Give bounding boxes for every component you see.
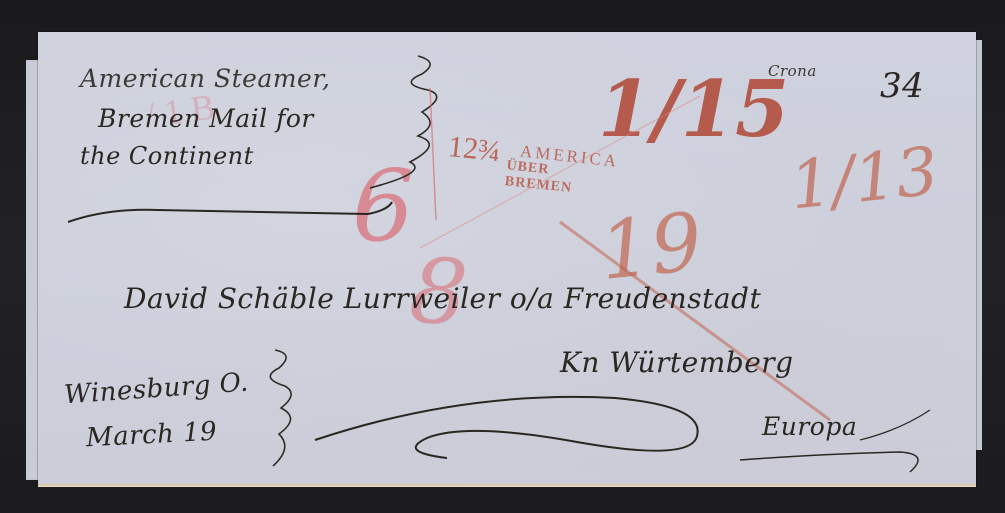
- addressee-line3: Europa: [762, 412, 857, 441]
- routing-endorsement-line1: American Steamer,: [80, 64, 330, 93]
- postmark-line-ueber-bremen: ÜBER BREMEN: [504, 158, 574, 197]
- manuscript-rate-right: 1/13: [786, 132, 941, 224]
- routing-endorsement-line2: Bremen Mail for: [98, 104, 314, 133]
- postmark-rate: 12¾: [446, 130, 502, 169]
- routing-endorsement-line3: the Continent: [80, 142, 254, 170]
- docket-number: 34: [880, 66, 924, 106]
- manuscript-pink-6: 6: [352, 150, 414, 264]
- addressee-line2: Kn Würtemberg: [560, 346, 794, 379]
- photo-scene: / 1 B American Steamer, Bremen Mail for …: [0, 0, 1005, 513]
- manuscript-rate-large: 1/15: [598, 64, 789, 155]
- addressee-line1: David Schäble Lurrweiler o/a Freudenstad…: [124, 282, 761, 315]
